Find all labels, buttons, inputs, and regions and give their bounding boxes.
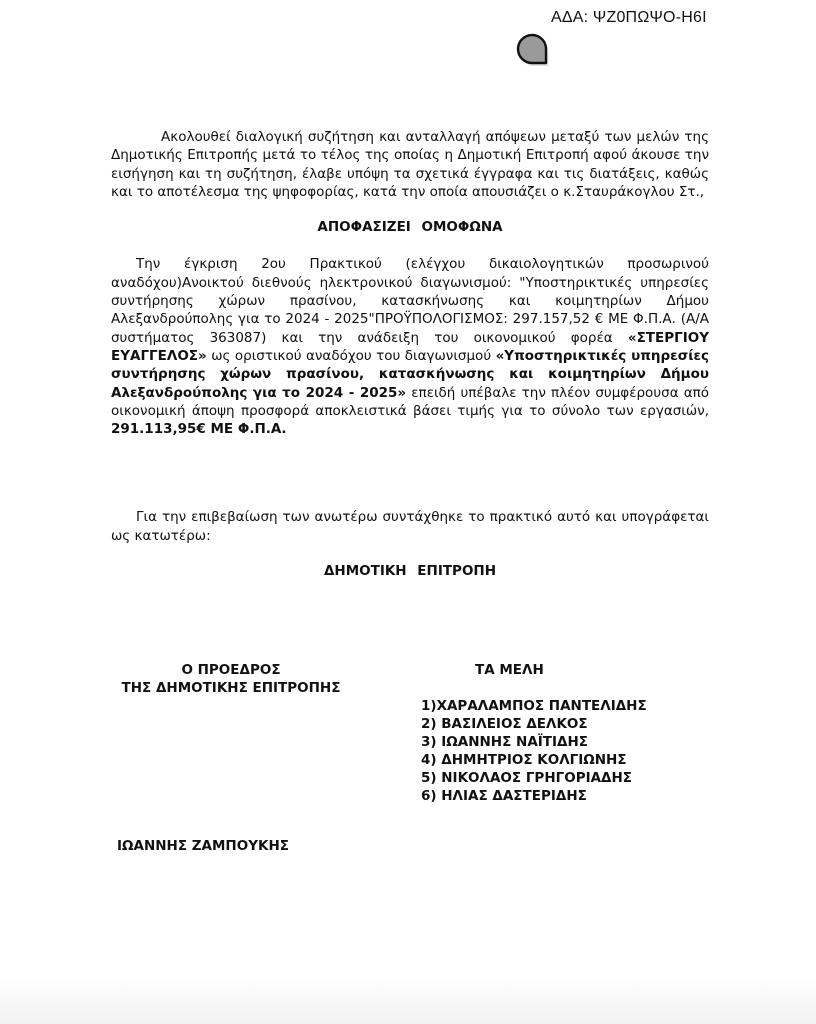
ada-code: ΑΔΑ: ΨΖ0ΠΩΨΟ-Η6Ι [551,9,707,27]
president-title-line1: Ο ΠΡΟΕΔΡΟΣ [111,661,351,679]
member-item: 6) ΗΛΙΑΣ ΔΑΣΤΕΡΙΔΗΣ [421,787,647,805]
award-amount: 291.113,95€ ΜΕ Φ.Π.Α. [111,421,286,437]
president-title: Ο ΠΡΟΕΔΡΟΣ ΤΗΣ ΔΗΜΟΤΙΚΗΣ ΕΠΙΤΡΟΠΗΣ [111,661,351,697]
president-title-line2: ΤΗΣ ΔΗΜΟΤΙΚΗΣ ΕΠΙΤΡΟΠΗΣ [111,679,351,697]
committee-heading: ΔΗΜΟΤΙΚΗ ΕΠΙΤΡΟΠΗ [111,562,709,580]
decision-heading: ΑΠΟΦΑΣΙΖΕΙ ΟΜΟΦΩΝΑ [111,218,709,236]
intro-paragraph: Ακολουθεί διαλογική συζήτηση και ανταλλα… [111,128,709,201]
president-name: ΙΩΑΝΝΗΣ ΖΑΜΠΟΥΚΗΣ [117,837,289,855]
member-item: 4) ΔΗΜΗΤΡΙΟΣ ΚΟΛΓΙΩΝΗΣ [421,751,647,769]
drop-icon[interactable] [514,30,550,66]
members-list: 1)ΧΑΡΑΛΑΜΠΟΣ ΠΑΝΤΕΛΙΔΗΣ 2) ΒΑΣΙΛΕΙΟΣ ΔΕΛ… [421,697,647,805]
decision-text-part1: Την έγκριση 2ου Πρακτικού (ελέγχου δικαι… [111,256,709,345]
member-item: 5) ΝΙΚΟΛΑΟΣ ΓΡΗΓΟΡΙΑΔΗΣ [421,769,647,787]
member-item: 3) ΙΩΑΝΝΗΣ ΝΑΪΤΙΔΗΣ [421,733,647,751]
decision-text-part2: ως οριστικού αναδόχου του διαγωνισμού [207,348,496,364]
members-title: ΤΑ ΜΕΛΗ [475,661,544,679]
document-body: Ακολουθεί διαλογική συζήτηση και ανταλλα… [111,128,709,580]
member-item: 2) ΒΑΣΙΛΕΙΟΣ ΔΕΛΚΟΣ [421,715,647,733]
confirmation-paragraph: Για την επιβεβαίωση των ανωτέρω συντάχθη… [111,508,709,545]
member-item: 1)ΧΑΡΑΛΑΜΠΟΣ ΠΑΝΤΕΛΙΔΗΣ [421,697,647,715]
decision-paragraph: Την έγκριση 2ου Πρακτικού (ελέγχου δικαι… [111,255,709,438]
